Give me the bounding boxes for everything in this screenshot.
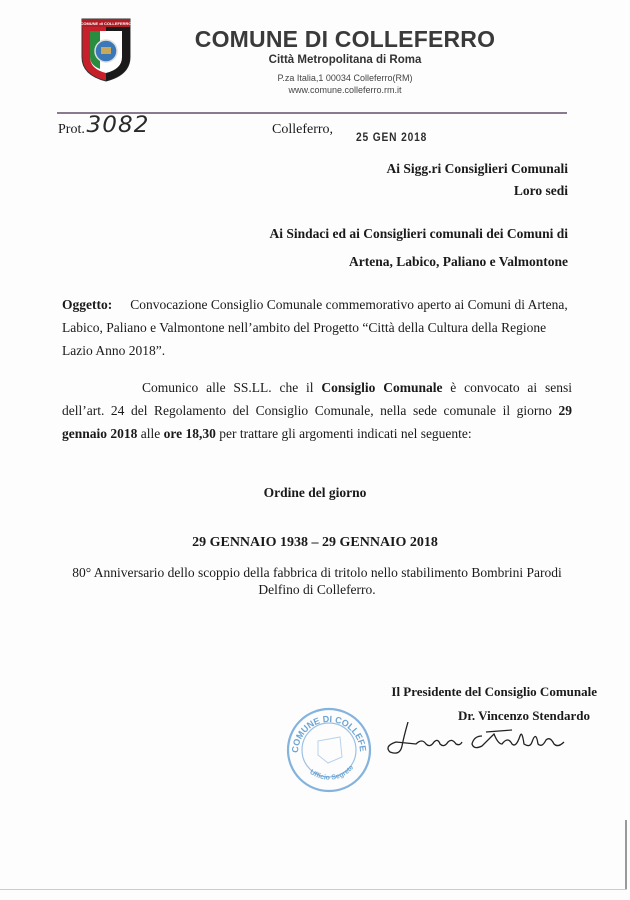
place-label: Colleferro, [272,122,333,138]
recipient-line: Loro sedi [514,183,568,199]
body-bold: Consiglio Comunale [321,380,442,395]
subject-label: Oggetto: [62,297,112,312]
protocol-number: 3082 [87,113,150,138]
official-seal-icon: COMUNE DI COLLEFERRO Ufficio Segreteria [284,705,374,795]
organization-title: COMUNE DI COLLEFERRO [0,26,630,53]
page-edge [625,820,627,890]
handwritten-signature-icon [382,722,577,762]
protocol-label: Prot. [58,122,85,138]
recipient-line: Ai Sindaci ed ai Consiglieri comunali de… [269,226,568,242]
recipient-line: Ai Sigg.ri Consiglieri Comunali [386,161,568,177]
date-stamp: 25 GEN 2018 [356,130,427,144]
meeting-time: ore 18,30 [164,426,216,441]
agenda-date-range: 29 GENNAIO 1938 – 29 GENNAIO 2018 [0,535,630,551]
body-text: Comunico alle SS.LL. che il [142,380,321,395]
address-line: P.za Italia,1 00034 Colleferro(RM) [60,72,630,84]
website-link[interactable]: www.comune.colleferro.rm.it [60,84,630,96]
body-paragraph: Comunico alle SS.LL. che il Consiglio Co… [62,376,572,445]
body-text: per trattare gli argomenti indicati nel … [216,426,472,441]
organization-address: P.za Italia,1 00034 Colleferro(RM) www.c… [0,72,630,96]
page-edge [0,889,627,890]
agenda-item: 80° Anniversario dello scoppio della fab… [62,564,572,598]
subject-text: Convocazione Consiglio Comunale commemor… [62,297,568,358]
agenda-title: Ordine del giorno [0,485,630,501]
signatory-role: Il Presidente del Consiglio Comunale [391,684,597,700]
organization-subtitle: Città Metropolitana di Roma [0,54,630,66]
recipient-line: Artena, Labico, Paliano e Valmontone [349,254,568,270]
subject-paragraph: Oggetto:Convocazione Consiglio Comunale … [62,293,572,362]
body-text: alle [137,426,163,441]
